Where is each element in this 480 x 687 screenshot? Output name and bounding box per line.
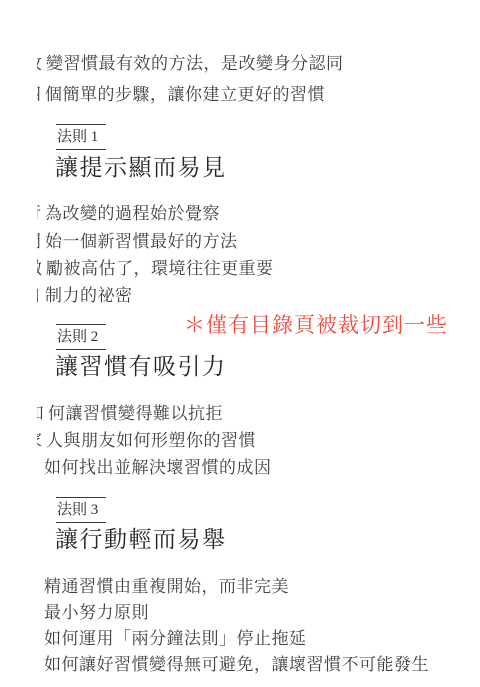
toc-entry: 如何讓好習慣變得無可避免，讓壞習慣不可能發生 xyxy=(44,655,429,675)
toc-entry-text: 勵被高估了，環境往往更重要 xyxy=(46,259,274,278)
toc-entry: 家人與朋友如何形塑你的習慣 xyxy=(37,431,256,451)
toc-entry-text: 為改變的過程始於覺察 xyxy=(45,204,220,223)
law-number-label: 法則 3 xyxy=(56,497,106,523)
toc-entry-text: 變習慣最有效的方法，是改變身分認同 xyxy=(46,54,344,73)
toc-entry: 如何讓習慣變得難以抗拒 xyxy=(37,404,223,424)
law-heading: 讓習慣有吸引力 xyxy=(55,354,227,379)
toc-entry: 最小努力原則 xyxy=(44,603,149,623)
cropped-char-fragment: 家 xyxy=(37,431,42,451)
toc-entry: 自制力的祕密 xyxy=(37,286,133,306)
toc-entry: 如何找出並解決壞習慣的成因 xyxy=(44,458,272,478)
cropped-char-fragment: 行 xyxy=(37,204,41,224)
toc-entry-text: 最小努力原則 xyxy=(44,603,149,622)
toc-entry-text: 人與朋友如何形塑你的習慣 xyxy=(46,431,256,450)
toc-entry-text: 個簡單的步驟，讓你建立更好的習慣 xyxy=(45,85,325,104)
toc-entry-text: 如何讓好習慣變得無可避免，讓壞習慣不可能發生 xyxy=(44,655,429,674)
cropped-char-fragment: 如 xyxy=(37,404,44,424)
toc-entry: 激勵被高估了，環境往往更重要 xyxy=(37,259,274,279)
toc-entry-text: 制力的祕密 xyxy=(45,286,133,305)
law-number-label: 法則 2 xyxy=(56,324,106,350)
toc-entry-text: 如何找出並解決壞習慣的成因 xyxy=(44,458,272,477)
crop-annotation: ＊僅有目錄頁被裁切到一些 xyxy=(184,314,448,337)
law-heading: 讓提示顯而易見 xyxy=(55,155,227,180)
cropped-char-fragment: 開 xyxy=(37,232,41,252)
law-number-label: 法則 1 xyxy=(56,124,106,150)
toc-entry-text: 精通習慣由重複開始，而非完美 xyxy=(44,577,289,596)
toc-entry: 精通習慣由重複開始，而非完美 xyxy=(44,577,289,597)
toc-entry-text: 何讓習慣變得難以抗拒 xyxy=(48,404,223,423)
toc-page: 改變習慣最有效的方法，是改變身分認同 四個簡單的步驟，讓你建立更好的習慣 法則 … xyxy=(0,0,480,687)
cropped-char-fragment: 四 xyxy=(37,85,41,105)
toc-entry: 改變習慣最有效的方法，是改變身分認同 xyxy=(37,54,344,74)
toc-entry: 開始一個新習慣最好的方法 xyxy=(37,232,238,252)
toc-entry: 如何運用「兩分鐘法則」停止拖延 xyxy=(44,629,307,649)
toc-entry: 行為改變的過程始於覺察 xyxy=(37,204,220,224)
cropped-char-fragment: 激 xyxy=(37,259,42,279)
cropped-char-fragment: 改 xyxy=(37,54,42,74)
cropped-char-fragment: 自 xyxy=(37,286,41,306)
toc-entry: 四個簡單的步驟，讓你建立更好的習慣 xyxy=(37,85,325,105)
law-heading: 讓行動輕而易舉 xyxy=(55,527,227,552)
toc-entry-text: 如何運用「兩分鐘法則」停止拖延 xyxy=(44,629,307,648)
toc-entry-text: 始一個新習慣最好的方法 xyxy=(45,232,238,251)
